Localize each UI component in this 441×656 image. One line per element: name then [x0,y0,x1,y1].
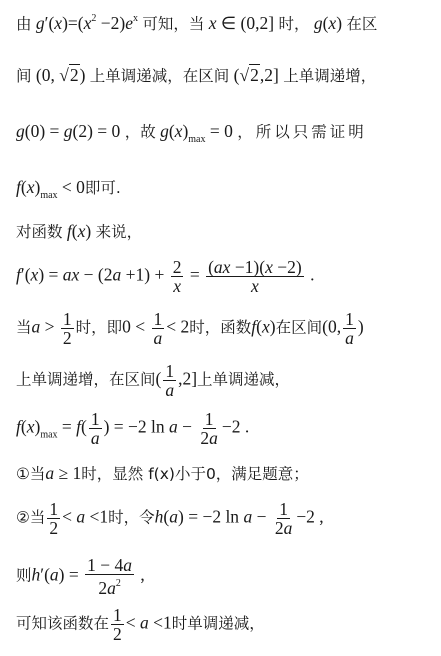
text: 时， [278,15,309,33]
text: 由 [16,15,32,33]
text: 时，即 [76,319,123,337]
text: 即可. [85,179,121,197]
text: 当 [16,319,32,337]
line-9: f(x)max = f(1a) = −2 ln a − 12a−2 . [16,410,249,447]
text: 可知，当 [142,15,204,33]
text: 在区间 [276,319,323,337]
line-5: 对函数 f(x) 来说， [16,220,142,243]
line-2: 间 (0, √2) 上单调递减，在区间 (√2,2] 上单调递增， [16,64,376,87]
text: 来说， [96,223,143,241]
line-6: f′(x) = ax − (2a +1) + 2x = (ax −1)(x −2… [16,258,314,295]
line-8: 上单调递增，在区间(1a,2]上单调递减， [16,362,290,399]
text: 可知该函数在 [16,615,109,633]
line-1: 由 g′(x)=(x2 −2)ex 可知，当 x ∈ (0,2] 时， g(x)… [16,8,377,35]
text: 时，函数 [189,319,251,337]
text: 时，显然 [81,465,143,483]
line-11: ②当12< a <1时，令h(a) = −2 ln a − 12a−2 , [16,500,324,537]
text: 在区 [346,15,377,33]
text: ，故 [125,123,156,141]
text: 则 [16,567,32,585]
text: 间 [16,67,32,85]
text: 上单调递减， [197,371,290,389]
line-7: 当a > 12时，即0 < 1a< 2时，函数f(x)在区间(0,1a) [16,310,364,347]
line-10: ①当a ≥ 1时，显然 f(x)小于0，满足题意； [16,462,309,485]
text: 小于0，满足题意； [175,465,309,483]
text: 上单调递减，在区间 [90,67,230,85]
text: 对函数 [16,223,63,241]
text: 时，令 [108,509,155,527]
line-4: f(x)max < 0即可. [16,176,121,207]
text: 上单调递增，在区间 [16,371,156,389]
text: ，所以只需证明 [237,123,367,141]
line-3: g(0) = g(2) = 0 ，故 g(x)max = 0 ，所以只需证明 [16,120,367,151]
line-12: 则h′(a) = 1 − 4a2a2 , [16,556,145,597]
line-13: 可知该函数在12< a <1时单调递减， [16,606,265,643]
text: ②当 [16,509,45,527]
text: ①当 [16,465,45,483]
text: 上单调递增， [283,67,376,85]
text: 时单调递减， [172,615,265,633]
